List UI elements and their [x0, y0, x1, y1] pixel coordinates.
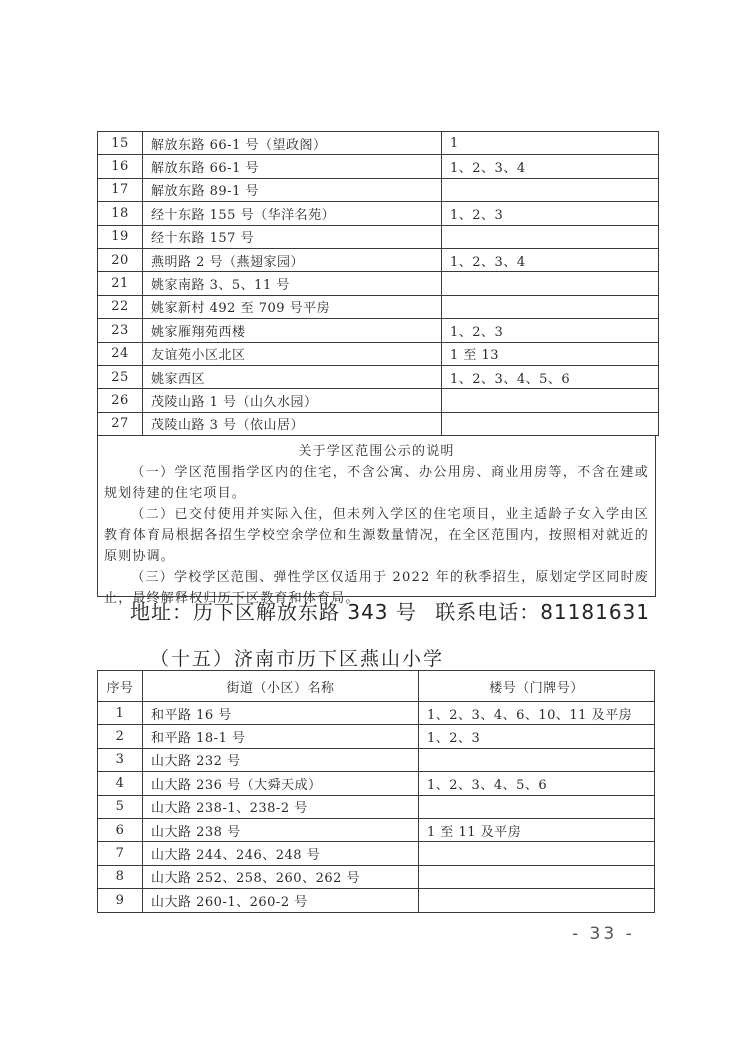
building-numbers	[419, 795, 655, 818]
building-numbers: 1、2、3、4、5、6	[442, 365, 659, 388]
row-number: 5	[98, 795, 143, 818]
building-numbers	[419, 865, 655, 888]
row-number: 15	[98, 132, 143, 155]
table-row: 7山大路 244、246、248 号	[98, 842, 655, 865]
phone-number: 联系电话：81181631	[435, 596, 650, 625]
building-numbers	[442, 178, 659, 201]
table-row: 3山大路 232 号	[98, 748, 655, 771]
street-name: 经十东路 155 号（华洋名苑）	[143, 202, 442, 225]
building-numbers	[442, 412, 659, 435]
table-row: 27茂陵山路 3 号（依山居）	[98, 412, 659, 435]
building-numbers	[419, 748, 655, 771]
street-name: 解放东路 66-1 号	[143, 155, 442, 178]
street-name: 友谊苑小区北区	[143, 342, 442, 365]
school-district-notes: 关于学区范围公示的说明 （一）学区范围指学区内的住宅，不含公寓、办公用房、商业用…	[97, 435, 656, 597]
building-numbers: 1、2、3、4、6、10、11 及平房	[419, 702, 655, 725]
table-row: 25姚家西区1、2、3、4、5、6	[98, 365, 659, 388]
table-row: 2和平路 18-1 号1、2、3	[98, 725, 655, 748]
street-name: 和平路 18-1 号	[143, 725, 419, 748]
address: 地址：历下区解放东路 343 号	[130, 596, 417, 625]
row-number: 9	[98, 889, 143, 912]
district-table: 序号 街道（小区）名称 楼号（门牌号） 1和平路 16 号1、2、3、4、6、1…	[97, 670, 655, 913]
street-name: 姚家新村 492 至 709 号平房	[143, 295, 442, 318]
street-name: 山大路 252、258、260、262 号	[143, 865, 419, 888]
row-number: 4	[98, 772, 143, 795]
note-item: （一）学区范围指学区内的住宅，不含公寓、办公用房、商业用房等，不含在建或规划待建…	[104, 462, 649, 504]
building-numbers	[442, 295, 659, 318]
street-name: 姚家南路 3、5、11 号	[143, 272, 442, 295]
street-name: 燕明路 2 号（燕翅家园）	[143, 248, 442, 271]
street-name: 山大路 238-1、238-2 号	[143, 795, 419, 818]
building-numbers	[419, 842, 655, 865]
row-number: 3	[98, 748, 143, 771]
street-name: 解放东路 66-1 号（望政阁）	[143, 132, 442, 155]
row-number: 24	[98, 342, 143, 365]
row-number: 1	[98, 702, 143, 725]
building-numbers: 1、2、3、4、5、6	[419, 772, 655, 795]
table-row: 26茂陵山路 1 号（山久水园）	[98, 389, 659, 412]
table-row: 22姚家新村 492 至 709 号平房	[98, 295, 659, 318]
table-row: 19经十东路 157 号	[98, 225, 659, 248]
row-number: 17	[98, 178, 143, 201]
row-number: 7	[98, 842, 143, 865]
table-row: 1和平路 16 号1、2、3、4、6、10、11 及平房	[98, 702, 655, 725]
street-name: 姚家西区	[143, 365, 442, 388]
district-table-continued: 15解放东路 66-1 号（望政阁）1 16解放东路 66-1 号1、2、3、4…	[97, 131, 659, 436]
row-number: 21	[98, 272, 143, 295]
row-number: 8	[98, 865, 143, 888]
row-number: 23	[98, 319, 143, 342]
street-name: 山大路 236 号（大舜天成）	[143, 772, 419, 795]
street-name: 解放东路 89-1 号	[143, 178, 442, 201]
table-row: 4山大路 236 号（大舜天成）1、2、3、4、5、6	[98, 772, 655, 795]
building-numbers	[442, 272, 659, 295]
street-name: 和平路 16 号	[143, 702, 419, 725]
header-number: 序号	[98, 671, 143, 702]
street-name: 山大路 238 号	[143, 818, 419, 841]
table-header-row: 序号 街道（小区）名称 楼号（门牌号）	[98, 671, 655, 702]
street-name: 茂陵山路 3 号（依山居）	[143, 412, 442, 435]
street-name: 山大路 260-1、260-2 号	[143, 889, 419, 912]
table-row: 20燕明路 2 号（燕翅家园）1、2、3、4	[98, 248, 659, 271]
street-name: 茂陵山路 1 号（山久水园）	[143, 389, 442, 412]
section-title: （十五）济南市历下区燕山小学	[150, 644, 444, 671]
row-number: 20	[98, 248, 143, 271]
notes-title: 关于学区范围公示的说明	[104, 441, 649, 462]
table-row: 6山大路 238 号1 至 11 及平房	[98, 818, 655, 841]
street-name: 山大路 244、246、248 号	[143, 842, 419, 865]
row-number: 19	[98, 225, 143, 248]
table-row: 8山大路 252、258、260、262 号	[98, 865, 655, 888]
table-row: 16解放东路 66-1 号1、2、3、4	[98, 155, 659, 178]
row-number: 6	[98, 818, 143, 841]
table-row: 17解放东路 89-1 号	[98, 178, 659, 201]
building-numbers	[442, 225, 659, 248]
building-numbers: 1、2、3、4	[442, 248, 659, 271]
building-numbers	[419, 889, 655, 912]
table-row: 9山大路 260-1、260-2 号	[98, 889, 655, 912]
table-row: 5山大路 238-1、238-2 号	[98, 795, 655, 818]
row-number: 2	[98, 725, 143, 748]
row-number: 25	[98, 365, 143, 388]
table-row: 24友谊苑小区北区1 至 13	[98, 342, 659, 365]
building-numbers: 1、2、3	[419, 725, 655, 748]
table-row: 15解放东路 66-1 号（望政阁）1	[98, 132, 659, 155]
table-row: 23姚家雁翔苑西楼1、2、3	[98, 319, 659, 342]
building-numbers: 1、2、3	[442, 319, 659, 342]
building-numbers: 1、2、3	[442, 202, 659, 225]
note-item: （二）已交付使用并实际入住，但未列入学区的住宅项目，业主适龄子女入学由区教育体育…	[104, 504, 649, 567]
table-row: 21姚家南路 3、5、11 号	[98, 272, 659, 295]
page-number: - 33 -	[572, 924, 635, 944]
row-number: 22	[98, 295, 143, 318]
table-row: 18经十东路 155 号（华洋名苑）1、2、3	[98, 202, 659, 225]
building-numbers	[442, 389, 659, 412]
row-number: 16	[98, 155, 143, 178]
building-numbers: 1	[442, 132, 659, 155]
header-building: 楼号（门牌号）	[419, 671, 655, 702]
contact-info: 地址：历下区解放东路 343 号 联系电话：81181631	[130, 596, 650, 625]
row-number: 18	[98, 202, 143, 225]
street-name: 经十东路 157 号	[143, 225, 442, 248]
row-number: 27	[98, 412, 143, 435]
building-numbers: 1 至 11 及平房	[419, 818, 655, 841]
street-name: 姚家雁翔苑西楼	[143, 319, 442, 342]
building-numbers: 1、2、3、4	[442, 155, 659, 178]
building-numbers: 1 至 13	[442, 342, 659, 365]
row-number: 26	[98, 389, 143, 412]
street-name: 山大路 232 号	[143, 748, 419, 771]
header-street: 街道（小区）名称	[143, 671, 419, 702]
